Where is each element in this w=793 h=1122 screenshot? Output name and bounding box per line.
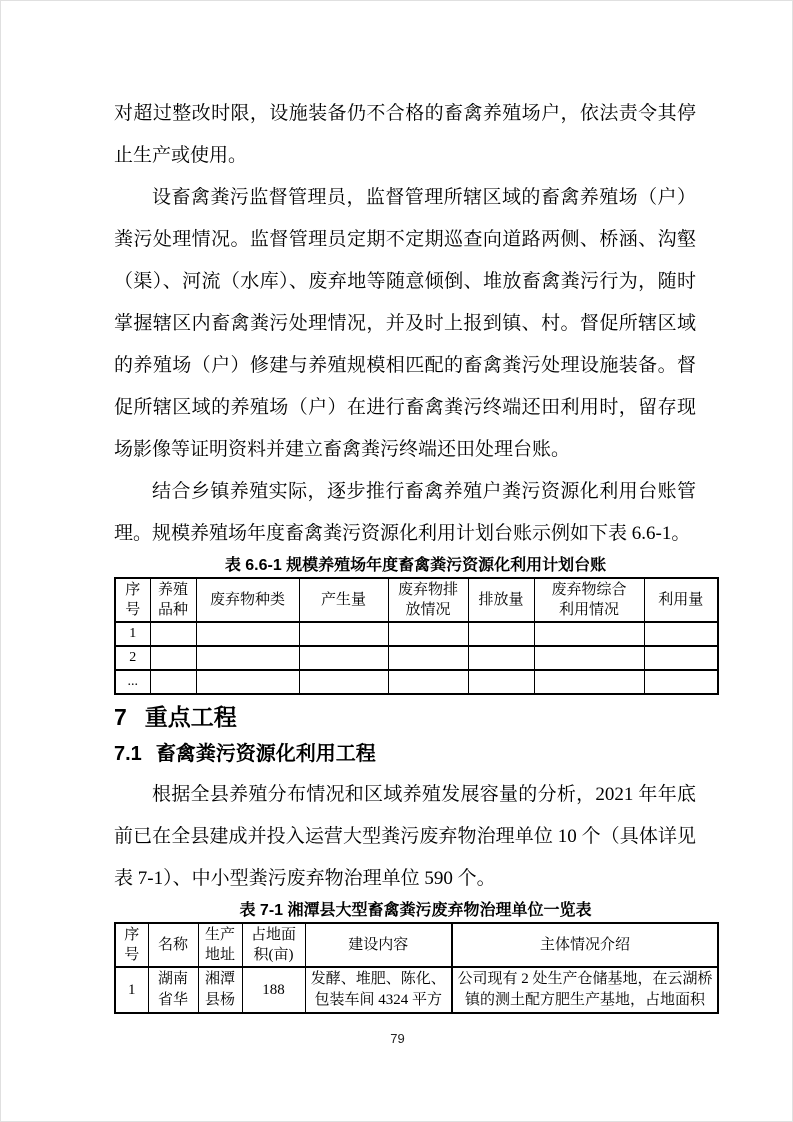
section-heading-7-1: 7.1畜禽粪污资源化利用工程 bbox=[114, 741, 717, 767]
header-cell-name: 名称 bbox=[148, 923, 198, 967]
table-cell bbox=[299, 670, 388, 694]
header-cell-seq: 序号 bbox=[115, 923, 148, 967]
table-cell: 1 bbox=[115, 967, 148, 1013]
header-cell-discharge-status: 废弃物排放情况 bbox=[388, 578, 468, 622]
table-cell: 2 bbox=[115, 646, 150, 670]
table-cell: 发酵、堆肥、陈化、包装车间 4324 平方 bbox=[305, 967, 452, 1013]
table-7-1: 序号 名称 生产地址 占地面积(亩) 建设内容 主体情况介绍 1 湖南省华 湘潭… bbox=[114, 922, 719, 1014]
table-7-1-caption: 表 7-1 湘潭县大型畜禽粪污废弃物治理单位一览表 bbox=[114, 900, 717, 922]
table-header-row: 序号 养殖品种 废弃物种类 产生量 废弃物排放情况 排放量 废弃物综合利用情况 … bbox=[115, 578, 718, 622]
subsection-number: 7.1 bbox=[114, 743, 142, 765]
table-cell bbox=[150, 646, 196, 670]
paragraph-continuation: 对超过整改时限，设施装备仍不合格的畜禽养殖场户，依法责令其停止生产或使用。 bbox=[114, 93, 696, 177]
header-cell-entity-intro: 主体情况介绍 bbox=[452, 923, 718, 967]
paragraph-analysis: 根据全县养殖分布情况和区域养殖发展容量的分析，2021 年年底前已在全县建成并投… bbox=[114, 774, 696, 900]
table-cell bbox=[196, 622, 299, 646]
table-row: 2 bbox=[115, 646, 718, 670]
section-heading-7: 7重点工程 bbox=[114, 703, 717, 731]
header-cell-breed: 养殖品种 bbox=[150, 578, 196, 622]
table-cell bbox=[299, 622, 388, 646]
table-cell bbox=[299, 646, 388, 670]
table-cell: ... bbox=[115, 670, 150, 694]
table-cell bbox=[388, 670, 468, 694]
table-cell bbox=[196, 670, 299, 694]
subsection-title: 畜禽粪污资源化利用工程 bbox=[156, 743, 376, 765]
table-cell bbox=[644, 670, 718, 694]
header-cell-discharge-amount: 排放量 bbox=[468, 578, 534, 622]
table-cell: 188 bbox=[242, 967, 305, 1013]
header-cell-waste-type: 废弃物种类 bbox=[196, 578, 299, 622]
document-page: 对超过整改时限，设施装备仍不合格的畜禽养殖场户，依法责令其停止生产或使用。 设畜… bbox=[0, 0, 793, 1122]
header-cell-output: 产生量 bbox=[299, 578, 388, 622]
table-cell bbox=[150, 670, 196, 694]
table-cell bbox=[534, 670, 644, 694]
table-cell bbox=[644, 622, 718, 646]
table-cell bbox=[388, 622, 468, 646]
section-number: 7 bbox=[114, 704, 127, 730]
table-cell bbox=[534, 622, 644, 646]
table-cell bbox=[150, 622, 196, 646]
table-cell bbox=[468, 670, 534, 694]
table-6-6-1-caption: 表 6.6-1 规模养殖场年度畜禽粪污资源化利用计划台账 bbox=[114, 555, 717, 577]
section-title: 重点工程 bbox=[145, 704, 237, 730]
header-cell-address: 生产地址 bbox=[198, 923, 242, 967]
table-cell: 1 bbox=[115, 622, 150, 646]
header-cell-area: 占地面积(亩) bbox=[242, 923, 305, 967]
header-cell-seq: 序号 bbox=[115, 578, 150, 622]
header-cell-utilization-amount: 利用量 bbox=[644, 578, 718, 622]
table-row: ... bbox=[115, 670, 718, 694]
header-cell-utilization-status: 废弃物综合利用情况 bbox=[534, 578, 644, 622]
table-cell bbox=[644, 646, 718, 670]
table-row: 1 bbox=[115, 622, 718, 646]
table-cell: 湘潭县杨 bbox=[198, 967, 242, 1013]
table-row: 1 湖南省华 湘潭县杨 188 发酵、堆肥、陈化、包装车间 4324 平方 公司… bbox=[115, 967, 718, 1013]
table-cell bbox=[388, 646, 468, 670]
table-cell bbox=[468, 646, 534, 670]
table-cell: 湖南省华 bbox=[148, 967, 198, 1013]
header-cell-construction: 建设内容 bbox=[305, 923, 452, 967]
table-cell bbox=[468, 622, 534, 646]
table-cell bbox=[534, 646, 644, 670]
table-header-row: 序号 名称 生产地址 占地面积(亩) 建设内容 主体情况介绍 bbox=[115, 923, 718, 967]
page-content: 对超过整改时限，设施装备仍不合格的畜禽养殖场户，依法责令其停止生产或使用。 设畜… bbox=[114, 93, 717, 1014]
table-cell bbox=[196, 646, 299, 670]
page-number: 79 bbox=[1, 1031, 793, 1046]
table-6-6-1: 序号 养殖品种 废弃物种类 产生量 废弃物排放情况 排放量 废弃物综合利用情况 … bbox=[114, 577, 719, 695]
paragraph-ledger: 结合乡镇养殖实际，逐步推行畜禽养殖户粪污资源化利用台账管理。规模养殖场年度畜禽粪… bbox=[114, 471, 696, 555]
paragraph-supervisor: 设畜禽粪污监督管理员，监督管理所辖区域的畜禽养殖场（户）粪污处理情况。监督管理员… bbox=[114, 177, 696, 471]
table-cell: 公司现有 2 处生产仓储基地，在云湖桥镇的测土配方肥生产基地，占地面积 bbox=[452, 967, 718, 1013]
